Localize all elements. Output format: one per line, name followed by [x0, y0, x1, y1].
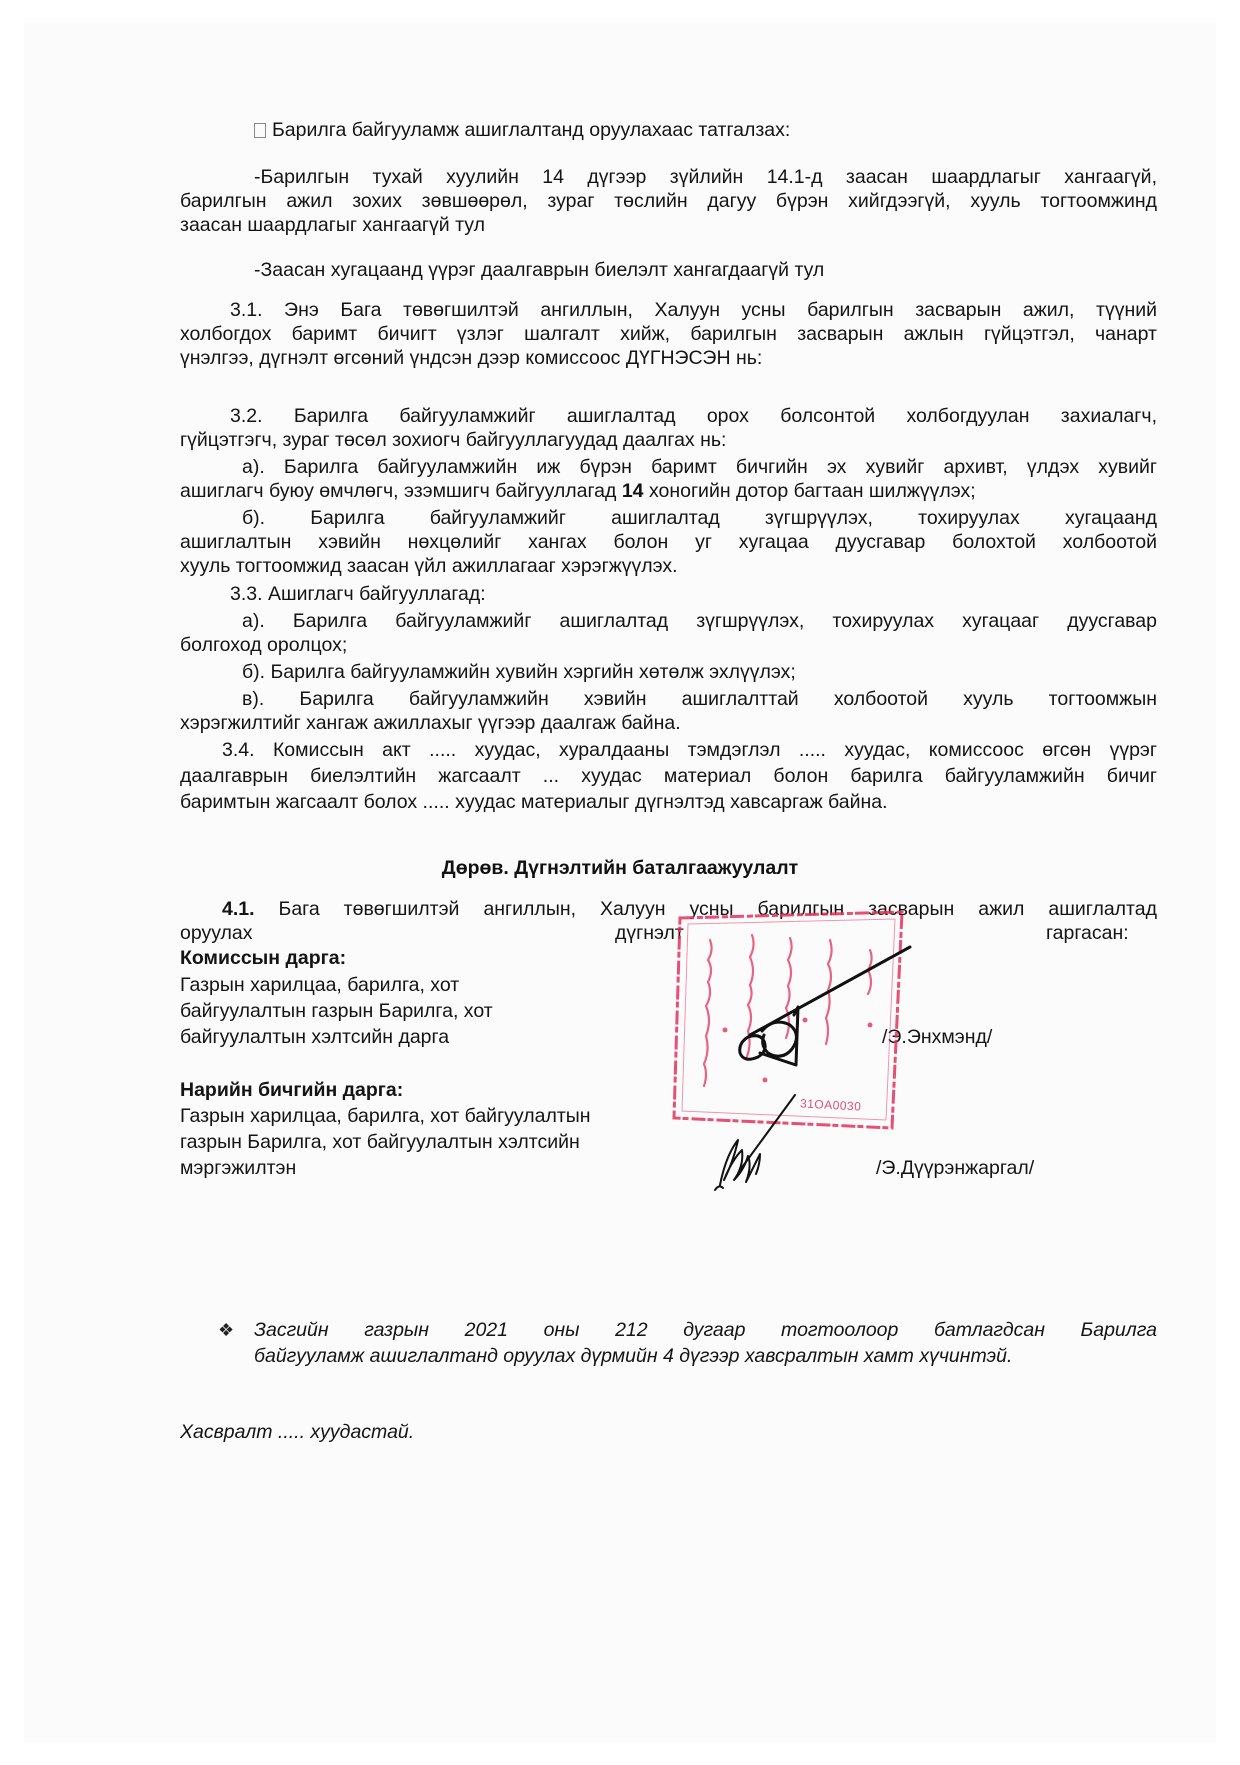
p3-2-a-line-1: а). Барилга байгууламжийн иж бүрэн барим… [180, 455, 1157, 479]
secretary-name: /Э.Дүүрэнжаргал/ [876, 1156, 1034, 1180]
reason-2: -Заасан хугацаанд үүрэг даалгаврын биелэ… [254, 258, 824, 282]
p3-2-line-1: 3.2. Барилга байгууламжийг ашиглалтад ор… [180, 404, 1157, 428]
p3-3-v-line-1: в). Барилга байгууламжийн хэвийн ашиглал… [180, 687, 1157, 711]
p4-1-word-1: оруулах [180, 921, 253, 945]
p3-3-v-line-2: хэрэгжилтийг хангаж ажиллахыг үүгээр даа… [180, 711, 681, 735]
diamond-bullet-icon: ❖ [218, 1318, 234, 1342]
reject-option-label: Барилга байгууламж ашиглалтанд оруулахаа… [272, 119, 790, 141]
p4-1-word-3: гаргасан: [1046, 921, 1129, 945]
p4-1-line-1: 4.1. Бага төвөгшилтэй ангиллын, Халуун у… [180, 897, 1157, 921]
chair-org-line-2: байгуулалтын газрын Барилга, хот [180, 999, 493, 1023]
p3-2-b-line-2: ашиглалтын хэвийн нөхцөлийг хангах болон… [180, 530, 1157, 554]
p3-4-line-2: даалгаврын биелэлтийн жагсаалт ... хууда… [180, 764, 1157, 788]
section-4-heading: Дөрөв. Дүгнэлтийн баталгаажуулалт [0, 856, 1240, 880]
p3-4-line-3: баримтын жагсаалт болох ..... хуудас мат… [180, 790, 888, 814]
secretary-org-line-1: Газрын харилцаа, барилга, хот байгуулалт… [180, 1104, 591, 1128]
reason-1-line-2: барилгын ажил зохих зөвшөөрөл, зураг төс… [180, 189, 1157, 213]
checkbox-icon [254, 123, 266, 138]
footnote-line-2: байгууламж ашиглалтанд оруулах дүрмийн 4… [254, 1343, 1157, 1369]
p3-1-line-2: холбогдох баримт бичигт үзлэг шалгалт хи… [180, 322, 1157, 346]
attachment-note: Хасвралт ..... хуудастай. [180, 1420, 414, 1444]
p3-1-line-3: үнэлгээ, дүгнэлт өгсөний үндсэн дээр ком… [180, 346, 762, 370]
p3-3-a-line-1: а). Барилга байгууламжийг ашиглалтад зүг… [180, 609, 1157, 633]
p3-2-b-line-1: б). Барилга байгууламжийг ашиглалтад зүг… [180, 506, 1157, 530]
p3-2-a-line-2: ашиглагч буюу өмчлөгч, эзэмшигч байгуулл… [180, 479, 976, 503]
p3-3-title: 3.3. Ашиглагч байгууллагад: [230, 582, 486, 606]
chair-org-line-1: Газрын харилцаа, барилга, хот [180, 973, 459, 997]
secretary-org-line-2: газрын Барилга, хот байгуулалтын хэлтсий… [180, 1130, 580, 1154]
chair-name: /Э.Энхмэнд/ [882, 1025, 992, 1049]
reason-1-line-3: заасан шаардлагыг хангаагүй тул [180, 213, 485, 237]
p3-2-line-2: гүйцэтгэгч, зураг төсөл зохиогч байгуулл… [180, 428, 726, 452]
p4-1-word-2: дүгнэлт [615, 921, 684, 945]
reason-1-line-1: -Барилгын тухай хуулийн 14 дүгээр зүйлий… [180, 165, 1157, 189]
secretary-org-line-3: мэргэжилтэн [180, 1156, 296, 1180]
chair-org-line-3: байгуулалтын хэлтсийн дарга [180, 1025, 449, 1049]
p3-3-a-line-2: болгоход оролцох; [180, 633, 347, 657]
p3-3-b: б). Барилга байгууламжийн хувийн хэргийн… [242, 660, 796, 684]
p3-2-b-line-3: хууль тогтоомжид заасан үйл ажиллагааг х… [180, 554, 678, 578]
p3-1-line-1: 3.1. Энэ Бага төвөгшилтэй ангиллын, Халу… [180, 298, 1157, 322]
secretary-role: Нарийн бичгийн дарга: [180, 1078, 403, 1102]
reject-option: Барилга байгууламж ашиглалтанд оруулахаа… [254, 118, 790, 142]
footnote-line-1: Засгийн газрын 2021 оны 212 дугаар тогто… [254, 1317, 1157, 1343]
chair-role: Комиссын дарга: [180, 946, 346, 970]
p3-4-line-1: 3.4. Комиссын акт ..... хуудас, хуралдаа… [180, 738, 1157, 762]
